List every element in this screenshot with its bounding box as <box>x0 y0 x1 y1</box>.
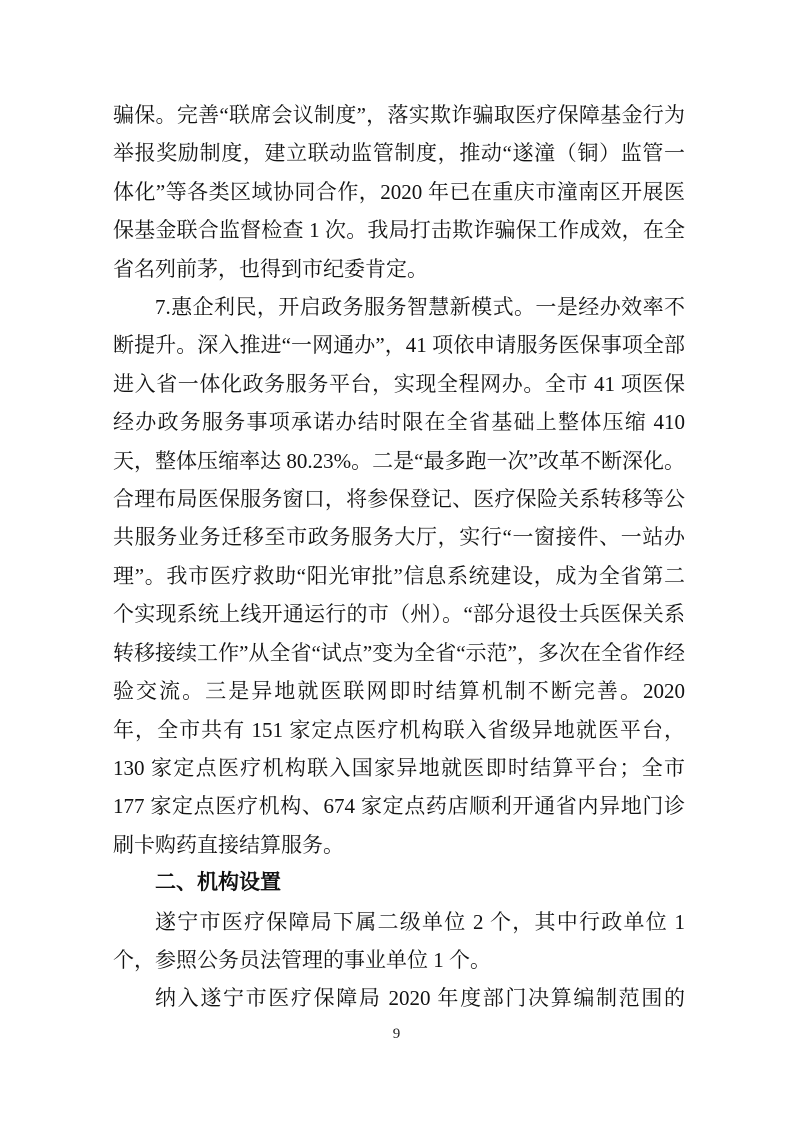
page-number: 9 <box>0 1024 793 1044</box>
paragraph-subordinate-units: 遂宁市医疗保障局下属二级单位 2 个，其中行政单位 1 个，参照公务员法管理的事… <box>113 903 685 980</box>
document-page: 骗保。完善“联席会议制度”，落实欺诈骗取医疗保障基金行为举报奖励制度，建立联动监… <box>0 0 793 1122</box>
paragraph-item-7-smart-services: 7.惠企利民，开启政务服务智慧新模式。一是经办效率不断提升。深入推进“一网通办”… <box>113 288 685 864</box>
section-heading-org-setup: 二、机构设置 <box>113 864 685 902</box>
paragraph-fraud-control-continuation: 骗保。完善“联席会议制度”，落实欺诈骗取医疗保障基金行为举报奖励制度，建立联动监… <box>113 96 685 288</box>
page-body: 骗保。完善“联席会议制度”，落实欺诈骗取医疗保障基金行为举报奖励制度，建立联动监… <box>113 96 685 1018</box>
paragraph-budget-scope-intro: 纳入遂宁市医疗保障局 2020 年度部门决算编制范围的 <box>113 979 685 1017</box>
